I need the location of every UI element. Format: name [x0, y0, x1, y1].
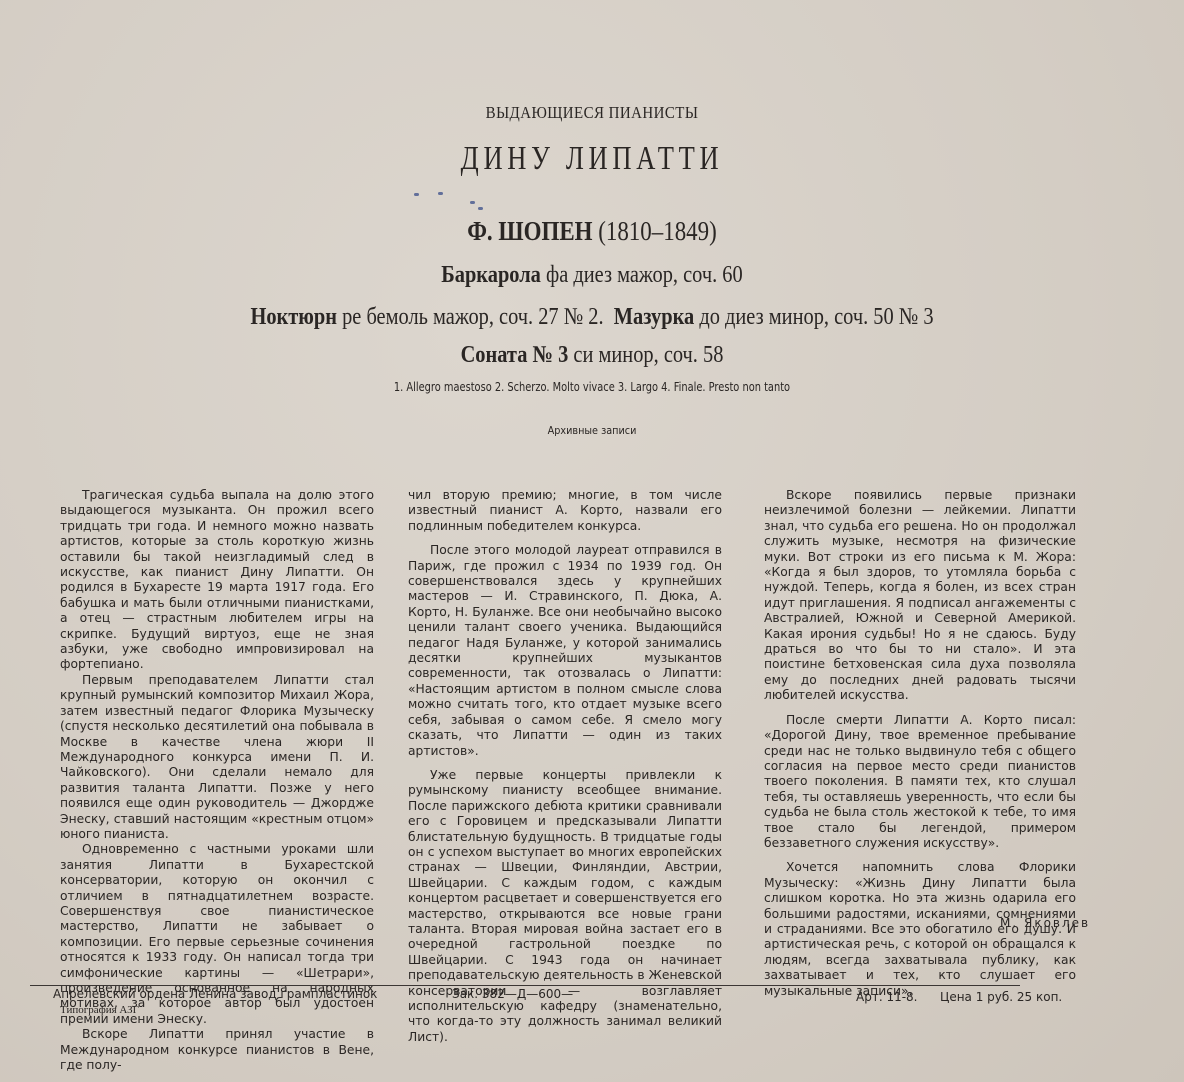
paragraph: После смерти Липатти А. Корто писал: «До…	[764, 713, 1076, 852]
archive-note: Архивные записи	[71, 424, 1113, 437]
printer: Типография АЗГ	[60, 1004, 139, 1016]
work-details: фа диез мажор, соч. 60	[546, 262, 743, 288]
ink-mark	[478, 207, 483, 210]
work-details: до диез минор, соч. 50 № 3	[699, 304, 933, 330]
series-title: ВЫДАЮЩИЕСЯ ПИАНИСТЫ	[71, 103, 1113, 123]
price: Цена 1 руб. 25 коп.	[940, 990, 1062, 1004]
paragraph: После этого молодой лауреат отправился в…	[408, 543, 722, 759]
sonata-movements: 1. Allegro maestoso 2. Scherzo. Molto vi…	[107, 380, 1078, 394]
paragraph: Первым преподавателем Липатти стал крупн…	[60, 673, 374, 842]
composer-line: Ф. ШОПЕН (1810–1849)	[89, 216, 1095, 247]
work-title: Ноктюрн	[250, 304, 337, 330]
work-details: ре бемоль мажор, соч. 27 № 2.	[342, 304, 604, 330]
paragraph: чил вторую премию; многие, в том числе и…	[408, 488, 722, 534]
manufacturer: Апрелевский ордена Ленина завод грамплас…	[53, 987, 377, 1001]
ink-mark	[470, 201, 475, 204]
ink-mark	[414, 193, 419, 196]
author-signature: М. Яковлев	[1000, 916, 1090, 930]
paragraph: Уже первые концерты привлекли к румынско…	[408, 768, 722, 1045]
work-sonata: Соната № 3 си минор, соч. 58	[89, 342, 1095, 369]
work-title: Мазурка	[614, 304, 694, 330]
composer-years: (1810–1849)	[598, 216, 717, 246]
work-details: си минор, соч. 58	[573, 342, 723, 368]
paragraph: Трагическая судьба выпала на долю этого …	[60, 488, 374, 673]
paragraph: Вскоре Липатти принял участие в Междунар…	[60, 1027, 374, 1073]
artist-name: ДИНУ ЛИПАТТИ	[130, 140, 1054, 178]
work-title: Баркарола	[441, 262, 541, 288]
footer-divider	[30, 985, 1020, 986]
work-title: Соната № 3	[461, 342, 569, 368]
article-number: Арт. 11-8.	[856, 990, 918, 1004]
order-number: Зак. 382—Д—600—	[452, 987, 573, 1001]
work-barcarolle: Баркарола фа диез мажор, соч. 60	[89, 262, 1095, 289]
work-nocturne-mazurka: Ноктюрн ре бемоль мажор, соч. 27 № 2. Ма…	[89, 304, 1095, 331]
ink-mark	[438, 192, 443, 195]
paragraph: Вскоре появились первые признаки неизлеч…	[764, 488, 1076, 704]
composer-name: Ф. ШОПЕН	[467, 216, 592, 246]
text-column-2: чил вторую премию; многие, в том числе и…	[408, 488, 722, 1045]
